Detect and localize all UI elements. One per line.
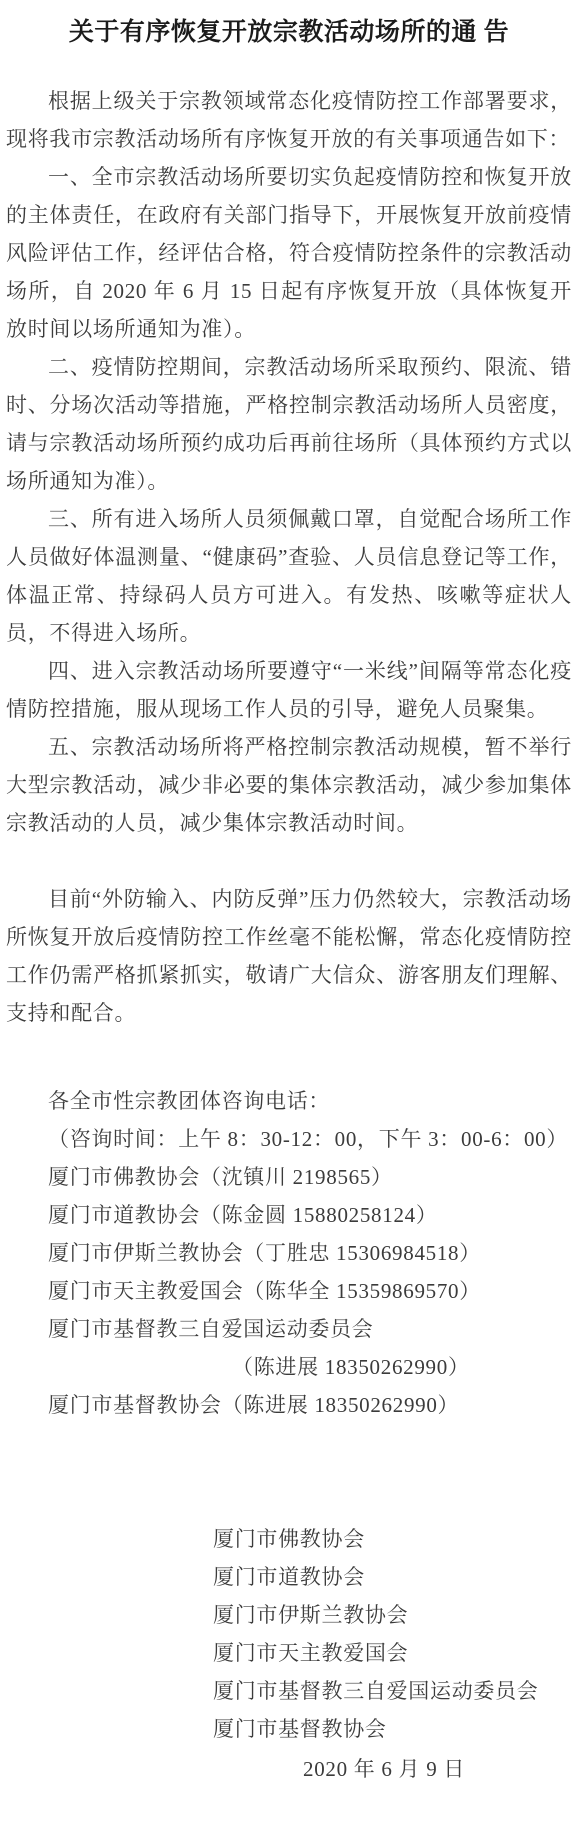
contact-line-threeself: 厦门市基督教三自爱国运动委员会 <box>6 1310 572 1348</box>
signature-line-buddhist: 厦门市佛教协会 <box>213 1520 572 1558</box>
contact-hours: （咨询时间：上午 8：30-12：00，下午 3：00-6：00） <box>6 1120 572 1158</box>
paragraph-spacer <box>6 842 572 880</box>
notice-item-3: 三、所有进入场所人员须佩戴口罩，自觉配合场所工作人员做好体温测量、“健康码”查验… <box>6 500 572 652</box>
signature-line-threeself: 厦门市基督教三自爱国运动委员会 <box>213 1672 572 1710</box>
contact-section: 各全市性宗教团体咨询电话： （咨询时间：上午 8：30-12：00，下午 3：0… <box>6 1082 572 1424</box>
contact-line-taoist: 厦门市道教协会（陈金圆 15880258124） <box>6 1196 572 1234</box>
notice-item-5: 五、宗教活动场所将严格控制宗教活动规模，暂不举行大型宗教活动，减少非必要的集体宗… <box>6 728 572 842</box>
notice-intro: 根据上级关于宗教领域常态化疫情防控工作部署要求，现将我市宗教活动场所有序恢复开放… <box>6 82 572 158</box>
contact-heading: 各全市性宗教团体咨询电话： <box>6 1082 572 1120</box>
notice-item-4: 四、进入宗教活动场所要遵守“一米线”间隔等常态化疫情防控措施，服从现场工作人员的… <box>6 652 572 728</box>
contact-line-islamic: 厦门市伊斯兰教协会（丁胜忠 15306984518） <box>6 1234 572 1272</box>
contact-spacer <box>6 1032 572 1082</box>
contact-line-catholic: 厦门市天主教爱国会（陈华全 15359869570） <box>6 1272 572 1310</box>
contact-line-threeself-continuation: （陈进展 18350262990） <box>6 1348 572 1386</box>
signature-line-christian: 厦门市基督教协会 <box>213 1710 572 1748</box>
signature-block: 厦门市佛教协会 厦门市道教协会 厦门市伊斯兰教协会 厦门市天主教爱国会 厦门市基… <box>6 1520 572 1788</box>
notice-item-1: 一、全市宗教活动场所要切实负起疫情防控和恢复开放的主体责任，在政府有关部门指导下… <box>6 158 572 348</box>
signature-line-islamic: 厦门市伊斯兰教协会 <box>213 1596 572 1634</box>
notice-item-2: 二、疫情防控期间，宗教活动场所采取预约、限流、错时、分场次活动等措施，严格控制宗… <box>6 348 572 500</box>
signature-line-taoist: 厦门市道教协会 <box>213 1558 572 1596</box>
signature-line-catholic: 厦门市天主教爱国会 <box>213 1634 572 1672</box>
notice-date: 2020 年 6 月 9 日 <box>303 1750 572 1788</box>
notice-closing: 目前“外防输入、内防反弹”压力仍然较大，宗教活动场所恢复开放后疫情防控工作丝毫不… <box>6 880 572 1032</box>
contact-line-buddhist: 厦门市佛教协会（沈镇川 2198565） <box>6 1158 572 1196</box>
contact-line-christian: 厦门市基督教协会（陈进展 18350262990） <box>6 1386 572 1424</box>
signature-spacer <box>6 1424 572 1520</box>
notice-body: 根据上级关于宗教领域常态化疫情防控工作部署要求，现将我市宗教活动场所有序恢复开放… <box>6 82 572 1032</box>
page-title: 关于有序恢复开放宗教活动场所的通 告 <box>6 16 572 50</box>
notice-page: 关于有序恢复开放宗教活动场所的通 告 根据上级关于宗教领域常态化疫情防控工作部署… <box>0 0 578 1788</box>
